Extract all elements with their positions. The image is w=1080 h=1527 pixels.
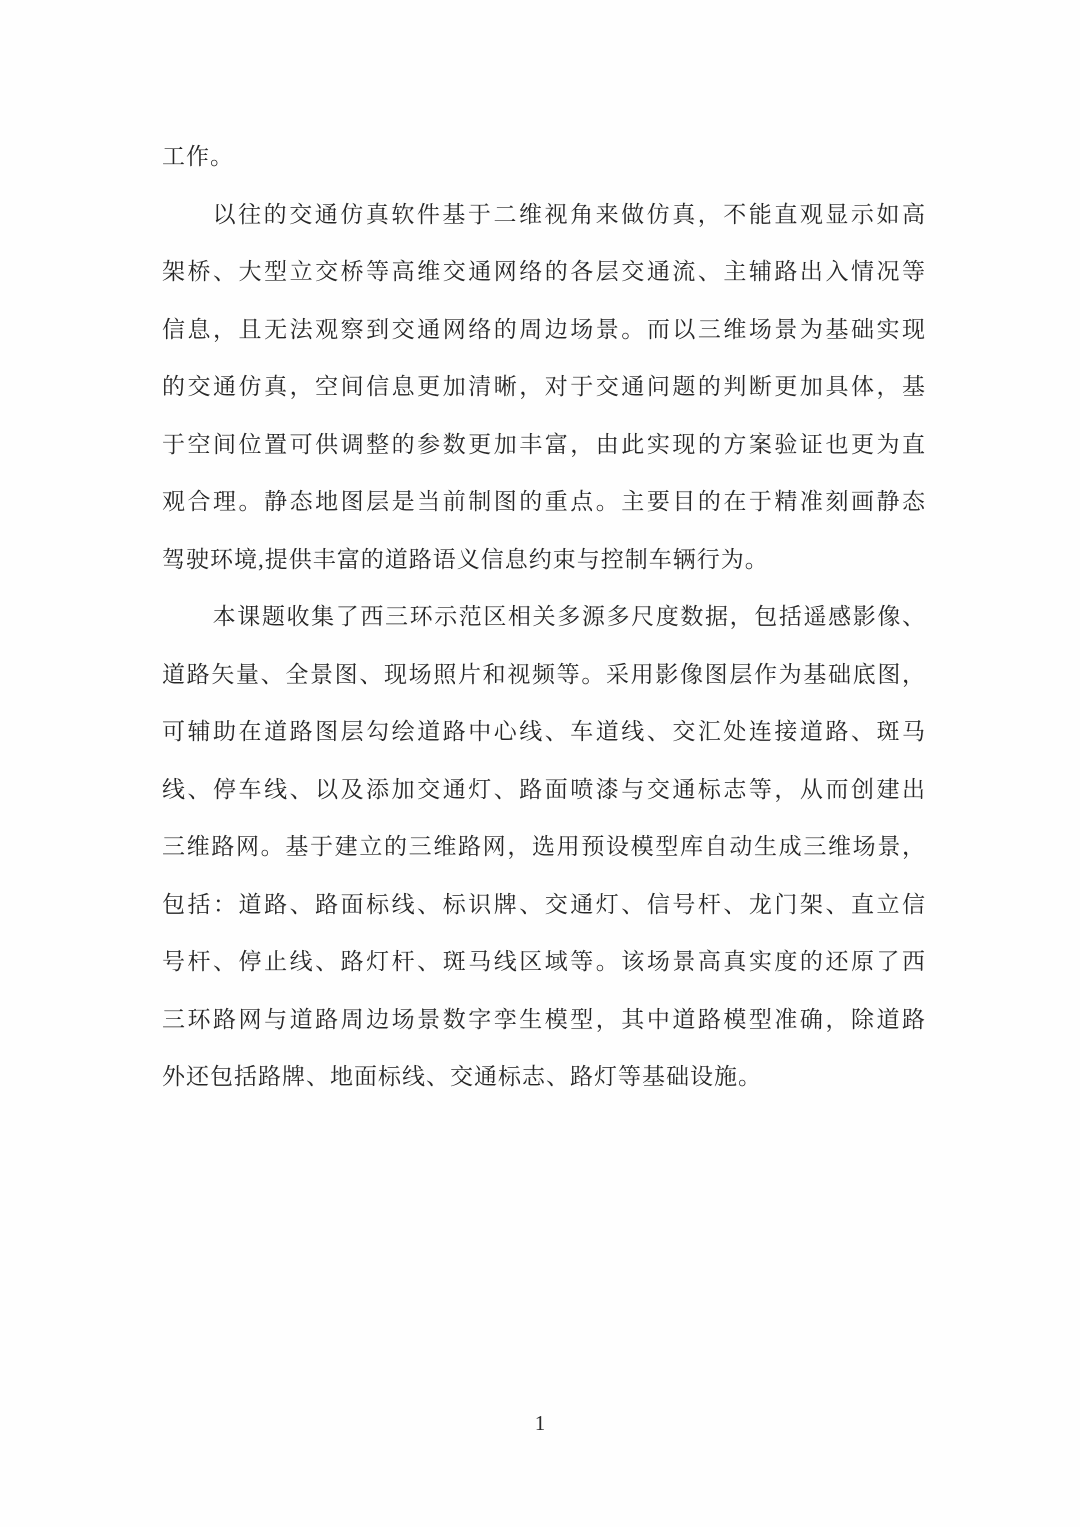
text-line: 观合理。静态地图层是当前制图的重点。主要目的在于精准刻画静态 (162, 473, 926, 531)
document-body: 工作。以往的交通仿真软件基于二维视角来做仿真，不能直观显示如高架桥、大型立交桥等… (162, 128, 926, 1106)
text-line: 驾驶环境,提供丰富的道路语义信息约束与控制车辆行为。 (162, 531, 926, 589)
text-line: 的交通仿真，空间信息更加清晰，对于交通问题的判断更加具体，基 (162, 358, 926, 416)
text-line: 以往的交通仿真软件基于二维视角来做仿真，不能直观显示如高 (162, 186, 926, 244)
page-number: 1 (0, 1408, 1080, 1438)
text-line: 架桥、大型立交桥等高维交通网络的各层交通流、主辅路出入情况等 (162, 243, 926, 301)
document-page: 工作。以往的交通仿真软件基于二维视角来做仿真，不能直观显示如高架桥、大型立交桥等… (0, 0, 1080, 1527)
text-line: 本课题收集了西三环示范区相关多源多尺度数据，包括遥感影像、 (162, 588, 926, 646)
text-line: 信息，且无法观察到交通网络的周边场景。而以三维场景为基础实现 (162, 301, 926, 359)
text-line: 三环路网与道路周边场景数字孪生模型，其中道路模型准确，除道路 (162, 991, 926, 1049)
text-line: 于空间位置可供调整的参数更加丰富，由此实现的方案验证也更为直 (162, 416, 926, 474)
text-line: 号杆、停止线、路灯杆、斑马线区域等。该场景高真实度的还原了西 (162, 933, 926, 991)
text-line: 工作。 (162, 128, 926, 186)
text-line: 可辅助在道路图层勾绘道路中心线、车道线、交汇处连接道路、斑马 (162, 703, 926, 761)
text-line: 包括：道路、路面标线、标识牌、交通灯、信号杆、龙门架、直立信 (162, 876, 926, 934)
text-line: 线、停车线、以及添加交通灯、路面喷漆与交通标志等，从而创建出 (162, 761, 926, 819)
text-line: 三维路网。基于建立的三维路网，选用预设模型库自动生成三维场景， (162, 818, 926, 876)
text-line: 道路矢量、全景图、现场照片和视频等。采用影像图层作为基础底图， (162, 646, 926, 704)
text-line: 外还包括路牌、地面标线、交通标志、路灯等基础设施。 (162, 1048, 926, 1106)
